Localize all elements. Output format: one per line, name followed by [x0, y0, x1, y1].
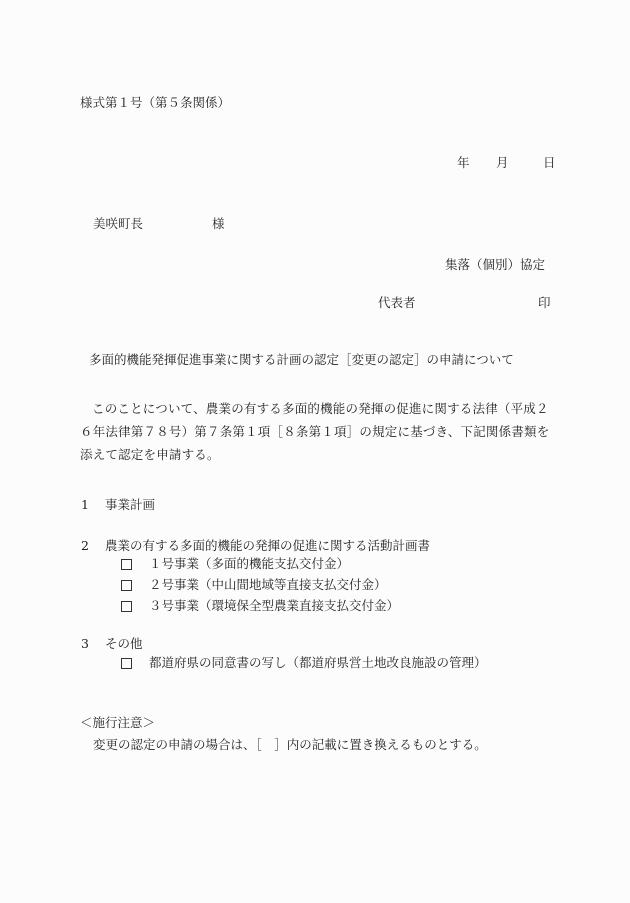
list-item-1: 1事業計画 [81, 499, 155, 512]
checkbox-label: 都道府県の同意書の写し（都道府県営土地改良施設の管理） [149, 657, 487, 670]
date-day-label: 日 [543, 157, 556, 170]
document-title: 多面的機能発揮促進事業に関する計画の認定［変更の認定］の申請について [89, 354, 514, 367]
addressee-honorific: 様 [212, 218, 225, 231]
list-item-number: 3 [81, 638, 105, 651]
checkbox-item[interactable]: ３号事業（環境保全型農業直接支払交付金） [121, 600, 399, 613]
checkbox-icon[interactable] [121, 559, 132, 570]
notes-heading: ＜施行注意＞ [80, 717, 155, 730]
checkbox-item[interactable]: １号事業（多面的機能支払交付金） [121, 558, 349, 571]
checkbox-icon[interactable] [121, 580, 132, 591]
checkbox-icon[interactable] [121, 601, 132, 612]
list-item-number: 1 [81, 499, 105, 512]
representative-line: 代表者 印 [378, 297, 551, 310]
checkbox-label: ３号事業（環境保全型農業直接支払交付金） [149, 600, 399, 613]
form-number: 様式第１号（第５条関係） [80, 97, 230, 110]
addressee: 美咲町長 様 [93, 218, 225, 231]
list-item-label: その他 [105, 636, 143, 651]
checkbox-icon[interactable] [121, 658, 132, 669]
checkbox-label: ２号事業（中山間地域等直接支払交付金） [149, 579, 387, 592]
notes-text: 変更の認定の申請の場合は、［ ］内の記載に置き換えるものとする。 [93, 739, 487, 752]
date-line: 年 月 日 [457, 157, 556, 170]
addressee-name: 美咲町長 [93, 218, 212, 231]
list-item-number: 2 [81, 540, 105, 553]
list-item-label: 農業の有する多面的機能の発揮の促進に関する活動計画書 [105, 538, 430, 553]
checkbox-item[interactable]: 都道府県の同意書の写し（都道府県営土地改良施設の管理） [121, 657, 487, 670]
seal-label: 印 [538, 297, 551, 310]
date-year-label: 年 [457, 157, 496, 170]
applicant-organization: 集落（個別）協定 [445, 259, 545, 272]
body-paragraph: このことについて、農業の有する多面的機能の発揮の促進に関する法律（平成２６年法律… [80, 397, 555, 466]
list-item-label: 事業計画 [105, 497, 155, 512]
checkbox-item[interactable]: ２号事業（中山間地域等直接支払交付金） [121, 579, 387, 592]
representative-label: 代表者 [378, 297, 538, 310]
date-month-label: 月 [496, 157, 543, 170]
checkbox-label: １号事業（多面的機能支払交付金） [149, 558, 349, 571]
list-item-3: 3その他 [81, 638, 143, 651]
list-item-2: 2農業の有する多面的機能の発揮の促進に関する活動計画書 [81, 540, 430, 553]
